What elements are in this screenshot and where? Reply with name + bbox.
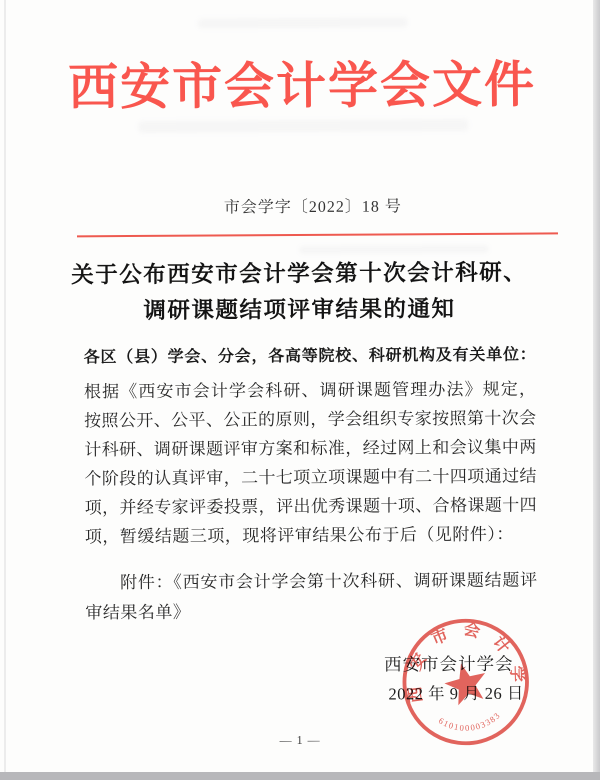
seal-star-icon (441, 658, 491, 707)
body-line: 计科研、调研课题评审方案和标准，经过网上和会议集中两 (84, 433, 536, 461)
body-line: 根据《西安市会计学会科研、调研课题管理办法》规定， (84, 375, 536, 403)
scanned-content: 西安市会计学会文件 市会学字〔2022〕18 号 关于公布西安市会计学会第十次会… (0, 0, 600, 780)
document-page: 西安市会计学会文件 市会学字〔2022〕18 号 关于公布西安市会计学会第十次会… (0, 0, 600, 780)
document-number: 市会学字〔2022〕18 号 (13, 192, 600, 219)
bleed-through-artifact (299, 245, 489, 254)
scan-edge-left (4, 0, 6, 772)
body-line: 项，暂缓结题三项，现将评审结果公布于后（见附件）： (85, 520, 537, 548)
body-line: 个阶段的认真评审，二十七项立项课题中有二十四项通过结 (84, 462, 536, 490)
bleed-through-artifact (138, 119, 468, 133)
red-divider-line (77, 232, 558, 237)
notice-title-line2: 调研课题结项评审结果的通知 (0, 290, 600, 326)
notice-title-line1: 关于公布西安市会计学会第十次会计科研、 (0, 254, 599, 290)
attachment-line1: 附件：《西安市会计学会第十次科研、调研课题结题评 (85, 566, 537, 594)
scan-edge-right (593, 0, 600, 780)
recipient-line: 各区（县）学会、分会，各高等院校、科研机构及有关单位： (84, 342, 536, 368)
scan-edge-bottom (0, 772, 600, 780)
masthead-title: 西安市会计学会文件 (2, 44, 600, 120)
body-line: 按照公开、公平、公正的原则，学会组织专家按照第十次会 (84, 404, 536, 432)
bleed-through-artifact (198, 17, 408, 28)
body-line: 项，并经专家评委投票，评出优秀课题十项、合格课题十四 (85, 491, 537, 519)
